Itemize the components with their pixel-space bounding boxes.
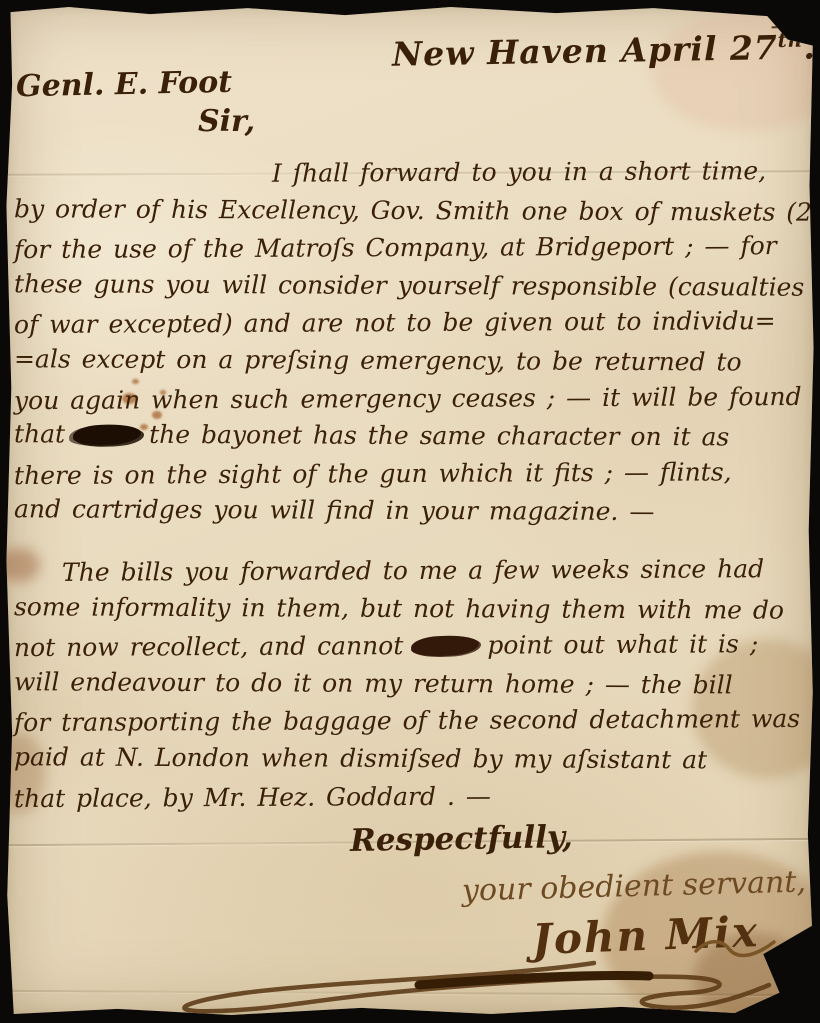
paragraph-1: I ſhall forward to you in a short time, … xyxy=(14,154,816,530)
ink-blot: —— xyxy=(73,424,142,446)
salutation: Sir, xyxy=(198,104,255,139)
letter-line: The bills you forwarded to me a few week… xyxy=(14,550,816,592)
letter-line: some informality in them, but not having… xyxy=(14,588,816,629)
letter-line: and cartridges you will find in your mag… xyxy=(14,491,816,532)
letter-line-with-blot: not now recollect, and cannot——point out… xyxy=(14,625,816,667)
letter-line: that place, by Mr. Hez. Goddard . — xyxy=(14,775,816,817)
ink-blot: —— xyxy=(411,635,480,658)
letter-line: for the use of the Matroſs Company, at B… xyxy=(14,227,816,269)
line-text: point out what it is ; xyxy=(487,629,758,659)
dateline-place-day: New Haven April 27 xyxy=(392,28,778,74)
closing: Respectfully, xyxy=(350,819,573,859)
letter-line: for transporting the baggage of the seco… xyxy=(14,700,816,742)
signature-flourish xyxy=(124,931,804,1023)
letter-sheet: New Haven April 27th. 1814. Genl. E. Foo… xyxy=(4,3,816,1017)
line-text: the bayonet has the same character on it… xyxy=(149,420,729,452)
letter-line: of war excepted) and are not to be given… xyxy=(14,302,816,344)
letter-line: will endeavour to do it on my return hom… xyxy=(14,663,816,704)
line-text: that xyxy=(14,419,65,448)
letter-line: these guns you will consider yourself re… xyxy=(14,265,816,306)
dateline-year: . 1814. xyxy=(803,25,820,66)
paragraph-2: The bills you forwarded to me a few week… xyxy=(14,552,816,815)
letter-line-with-blot: that——the bayonet has the same character… xyxy=(14,415,816,456)
dateline: New Haven April 27th. 1814. xyxy=(392,25,820,73)
letter-line: you again when such emergency ceases ; —… xyxy=(14,377,816,419)
letter-line: I ſhall forward to you in a short time, xyxy=(14,152,816,194)
line-text: not now recollect, and cannot xyxy=(14,631,403,662)
addressee: Genl. E. Foot xyxy=(16,65,233,105)
letter-line: by order of his Excellency, Gov. Smith o… xyxy=(14,190,816,231)
letter-line: there is on the sight of the gun which i… xyxy=(14,453,816,495)
ordinal-superscript: th xyxy=(777,28,803,52)
letter-line: =als except on a preſsing emergency, to … xyxy=(14,340,816,381)
letter-line: paid at N. London when dismiſsed by my a… xyxy=(14,738,816,779)
